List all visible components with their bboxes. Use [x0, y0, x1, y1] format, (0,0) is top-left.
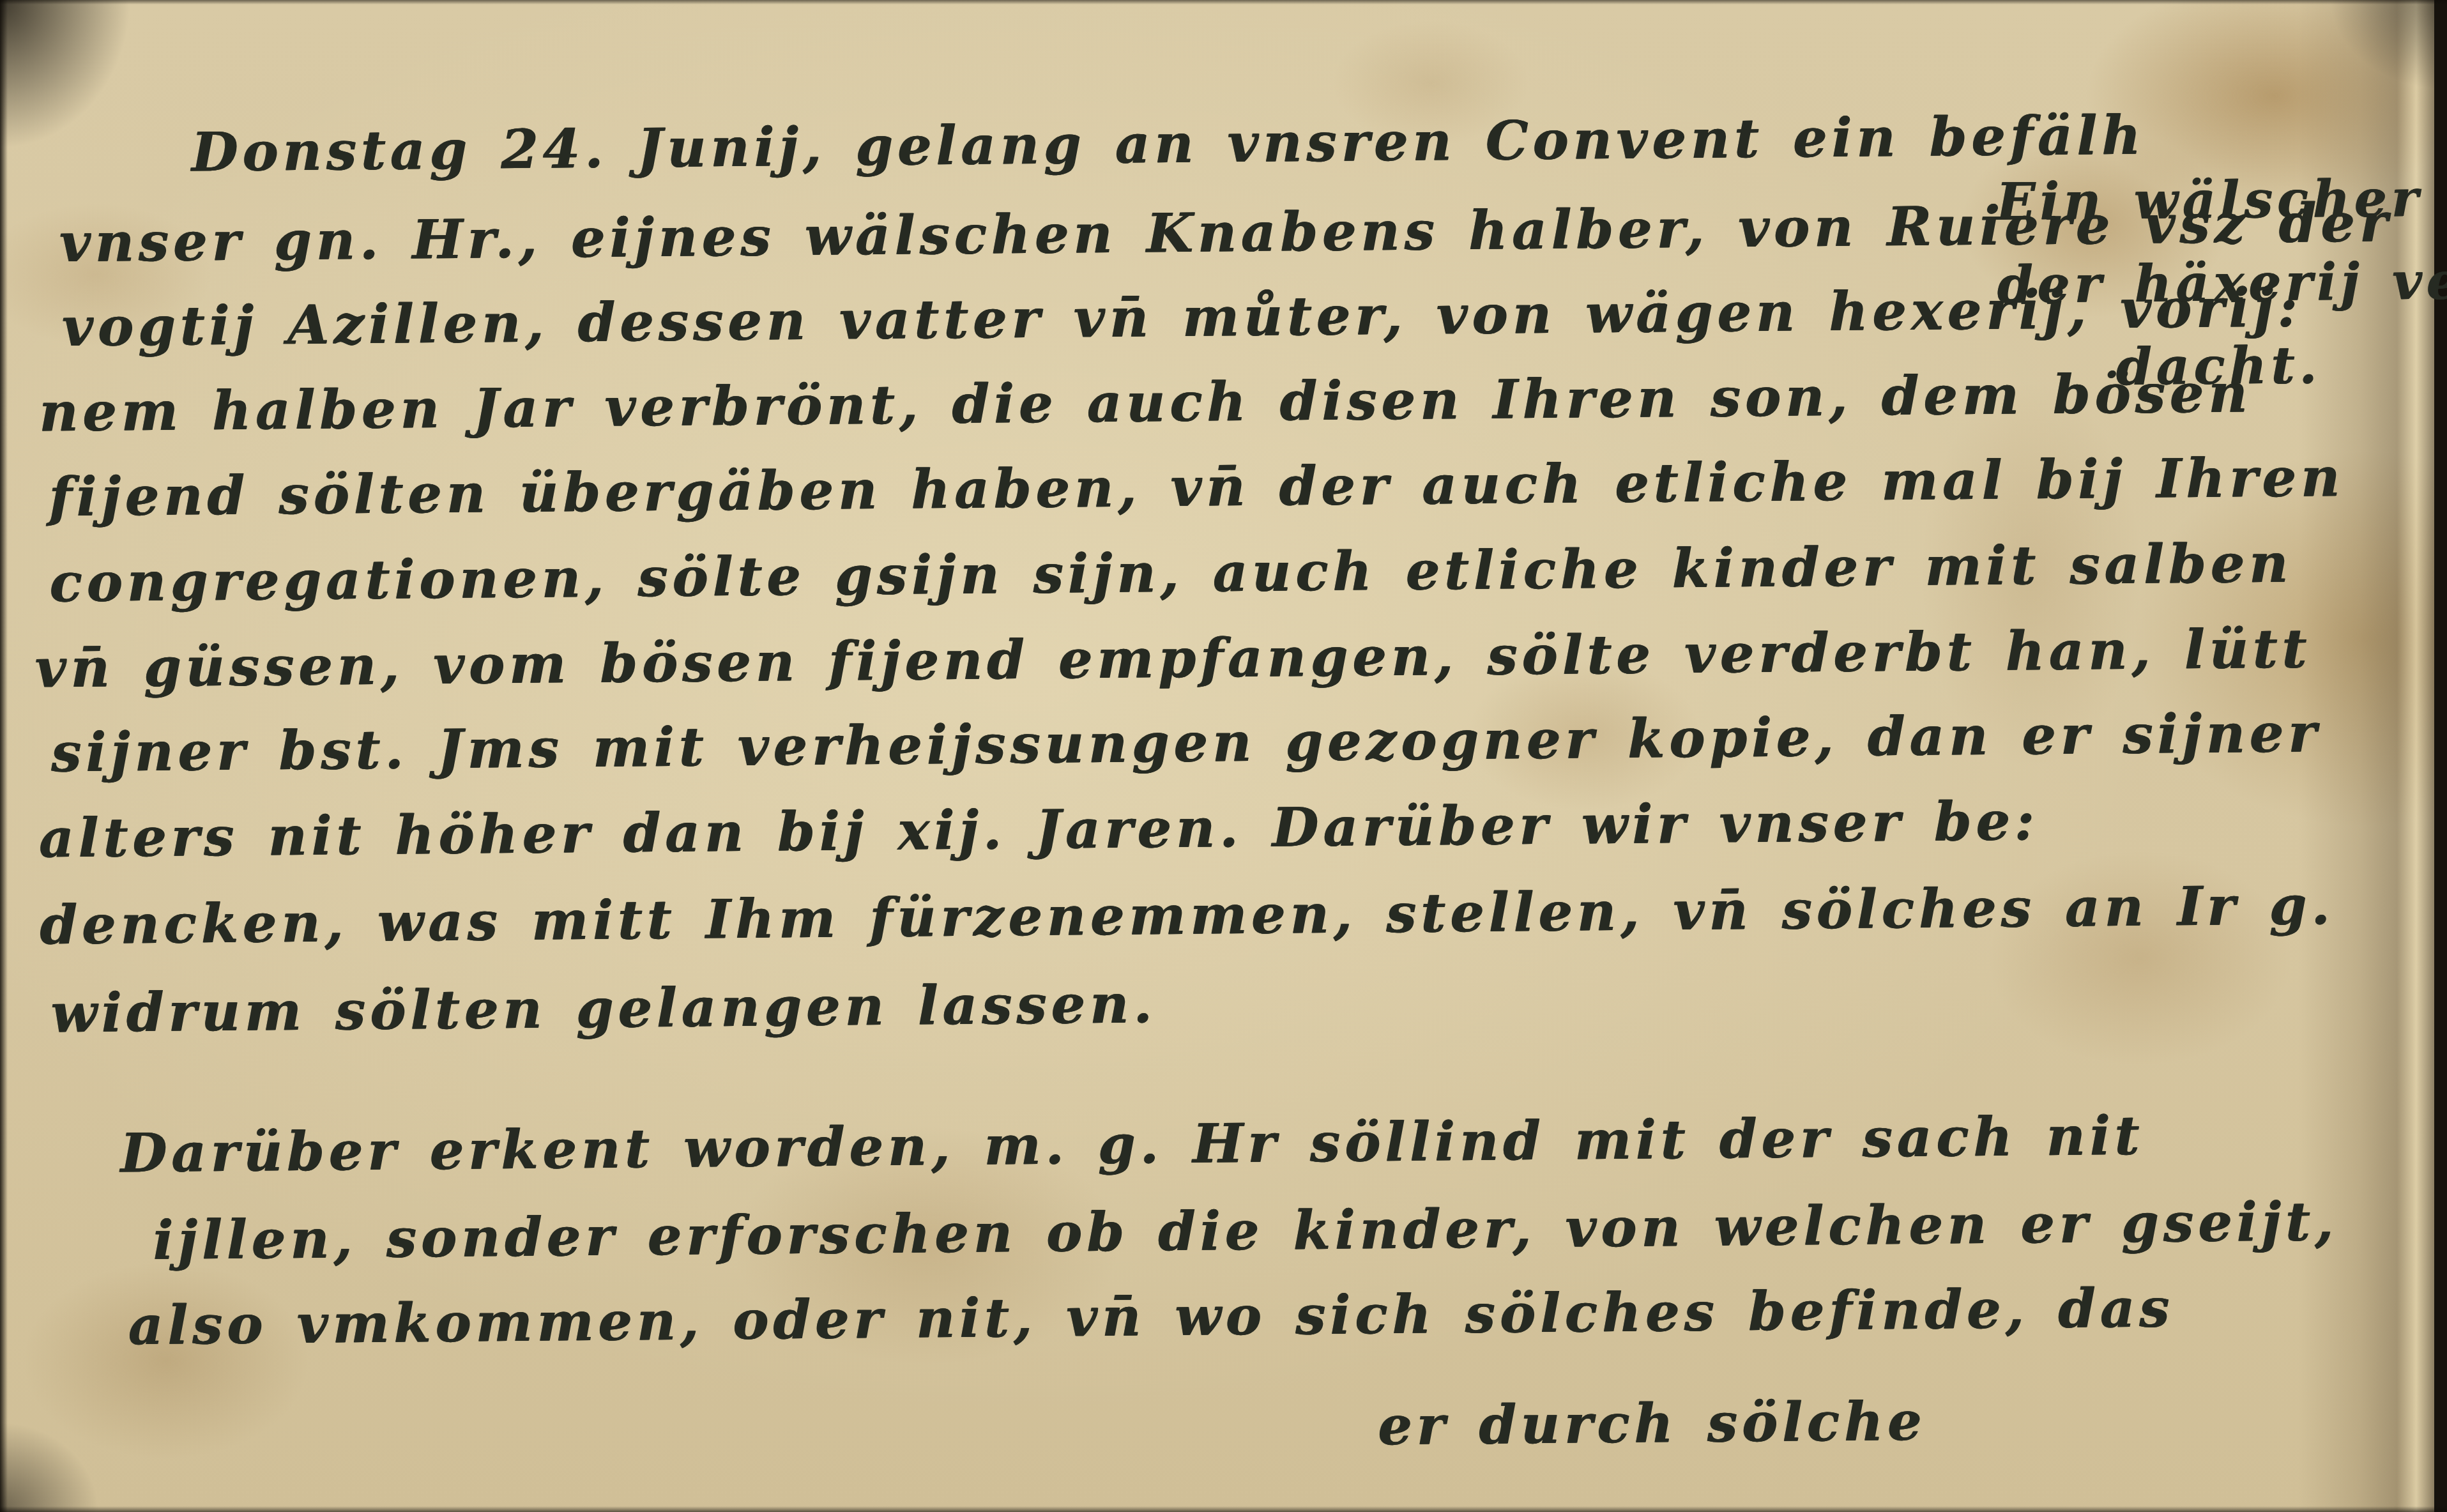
- margin-note-line: der häxerij ver:: [1997, 250, 2447, 315]
- margin-note: Ein wälscher Knab der häxerij ver: dacht…: [0, 0, 2445, 1]
- manuscript-text: Donstag 24. Junij, gelang an vnsren Conv…: [0, 0, 2447, 1512]
- text-line: also vmkommen, oder nit, vn̄ wo sich söl…: [128, 1276, 2174, 1357]
- margin-note-line: dacht.: [2115, 335, 2321, 397]
- text-line: widrum sölten gelangen lassen.: [50, 972, 1157, 1044]
- text-line: Donstag 24. Junij, gelang an vnsren Conv…: [191, 103, 2145, 184]
- text-line: vogtij Azillen, dessen vatter vn̄ můter…: [61, 276, 2301, 359]
- text-line: fijend sölten übergäben haben, vn̄ der a…: [49, 445, 2344, 528]
- text-line: sijner bst. Jms mit verheijssungen gezog…: [50, 701, 2321, 784]
- catchword-line: er durch sölche: [1378, 1389, 1926, 1457]
- text-line: vn̄ güssen, vom bösen fijend empfangen, …: [34, 617, 2311, 700]
- manuscript-photo: Donstag 24. Junij, gelang an vnsren Conv…: [0, 0, 2447, 1512]
- margin-note-line: Ein wälscher Knab: [1996, 166, 2447, 232]
- text-line: congregationen, sölte gsijn sijn, auch e…: [49, 531, 2292, 615]
- text-line: dencken, was mitt Ihm fürzenemmen, stell…: [40, 873, 2335, 956]
- text-line: ijllen, sonder erforschen ob die kinder,…: [153, 1189, 2338, 1272]
- text-line: nem halben Jar verbrönt, die auch disen …: [39, 361, 2252, 443]
- text-line: alters nit höher dan bij xij. Jaren. Dar…: [38, 789, 2039, 869]
- text-line: Darüber erkent worden, m. g. Hr söllind …: [120, 1104, 2144, 1185]
